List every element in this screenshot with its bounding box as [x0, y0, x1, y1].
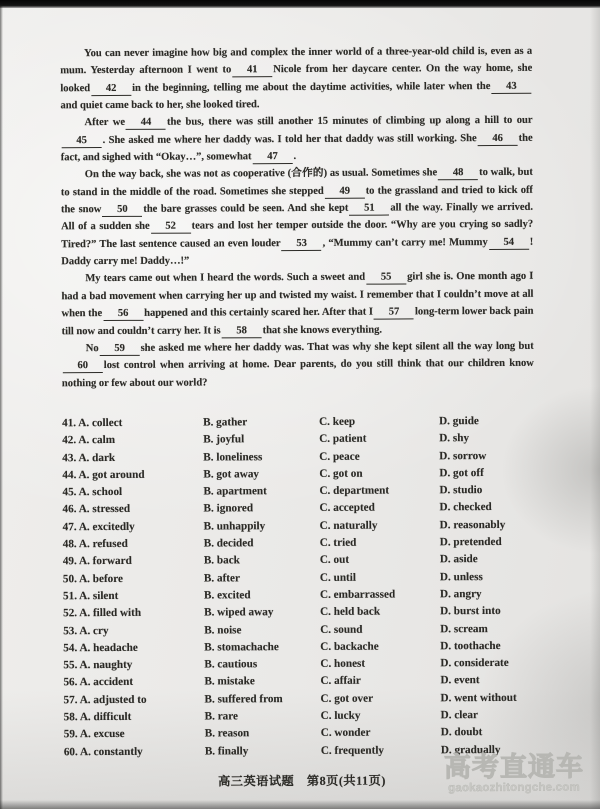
passage-paragraph: You can never imagine how big and comple… — [60, 43, 532, 115]
option-44-a: 44. A. got around — [62, 466, 203, 484]
option-57-b: B. suffered from — [205, 691, 321, 709]
blank-46: 46 — [478, 133, 518, 146]
option-46-a: 46. A. stressed — [63, 501, 204, 519]
option-58-a: 58. A. difficult — [64, 709, 205, 727]
option-57-a: 57. A. adjusted to — [64, 691, 205, 709]
option-41-b: B. gather — [203, 414, 319, 432]
blank-54: 54 — [489, 237, 529, 250]
option-55-d: D. considerate — [440, 655, 585, 673]
option-50-b: B. after — [204, 570, 320, 588]
blank-43: 43 — [491, 80, 531, 93]
option-53-b: B. noise — [204, 621, 320, 639]
scanned-exam-page: You can never imagine how big and comple… — [0, 0, 600, 809]
option-43-b: B. loneliness — [203, 448, 319, 466]
option-47-d: D. reasonably — [440, 516, 585, 534]
option-47-b: B. unhappily — [204, 518, 320, 536]
option-60-c: C. frequently — [321, 742, 441, 760]
option-50-a: 50. A. before — [63, 570, 204, 588]
option-42-c: C. patient — [319, 431, 439, 449]
option-55-c: C. honest — [320, 655, 440, 673]
option-43-c: C. peace — [319, 448, 439, 466]
option-52-b: B. wiped away — [204, 604, 320, 622]
blank-58: 58 — [222, 325, 262, 338]
option-49-c: C. out — [320, 552, 440, 570]
option-54-c: C. backache — [320, 638, 440, 656]
option-56-d: D. event — [440, 672, 585, 690]
option-46-d: D. checked — [440, 499, 585, 517]
option-47-a: 47. A. excitedly — [63, 518, 204, 536]
option-51-c: C. embarrassed — [320, 586, 440, 604]
option-44-c: C. got on — [319, 465, 439, 483]
option-54-d: D. toothache — [440, 637, 585, 655]
blank-52: 52 — [151, 221, 191, 234]
blank-49: 49 — [325, 185, 365, 198]
option-56-c: C. affair — [320, 673, 440, 691]
option-45-b: B. apartment — [203, 483, 319, 501]
option-41-a: 41. A. collect — [62, 415, 203, 433]
page-content: You can never imagine how big and comple… — [0, 0, 600, 809]
blank-45: 45 — [62, 135, 102, 148]
option-41-d: D. guide — [439, 413, 584, 431]
option-53-a: 53. A. cry — [63, 622, 204, 640]
option-45-a: 45. A. school — [62, 484, 203, 502]
watermark-brand-text: 高考直通车 — [434, 751, 594, 782]
option-52-c: C. held back — [320, 604, 440, 622]
option-49-b: B. back — [204, 552, 320, 570]
blank-57: 57 — [374, 307, 414, 320]
option-60-a: 60. A. constantly — [64, 743, 205, 761]
option-48-b: B. decided — [204, 535, 320, 553]
option-52-d: D. burst into — [440, 603, 585, 621]
option-47-c: C. naturally — [320, 517, 440, 535]
option-59-c: C. wonder — [321, 725, 441, 743]
option-58-b: B. rare — [205, 708, 321, 726]
passage-paragraph: On the way back, she was not as cooperat… — [61, 164, 534, 271]
blank-59: 59 — [100, 343, 140, 356]
option-58-c: C. lucky — [321, 707, 441, 725]
blank-60: 60 — [63, 360, 103, 373]
option-58-d: D. clear — [441, 707, 586, 725]
passage-paragraph: After we44the bus, there was still anoth… — [60, 112, 532, 167]
option-41-c: C. keep — [319, 413, 439, 431]
option-55-b: B. cautious — [204, 656, 320, 674]
option-50-d: D. unless — [440, 568, 585, 586]
option-57-c: C. got over — [320, 690, 440, 708]
option-55-a: 55. A. naughty — [63, 657, 204, 675]
watermark: 高考直通车 gaokaozhitongche.com — [434, 751, 594, 795]
blank-42: 42 — [91, 83, 131, 96]
option-54-a: 54. A. headache — [63, 639, 204, 657]
passage-paragraph: No59she asked me where her daddy was. Th… — [62, 338, 534, 393]
watermark-domain-text: gaokaozhitongche.com — [434, 781, 594, 795]
option-59-a: 59. A. excuse — [64, 726, 205, 744]
option-52-a: 52. A. filled with — [63, 605, 204, 623]
option-51-b: B. excited — [204, 587, 320, 605]
option-50-c: C. until — [320, 569, 440, 587]
blank-55: 55 — [366, 272, 406, 285]
option-42-a: 42. A. calm — [62, 432, 203, 450]
blank-41: 41 — [232, 64, 272, 77]
option-44-b: B. got away — [203, 466, 319, 484]
options-table: 41. A. collectB. gatherC. keepD. guide42… — [62, 413, 586, 762]
option-48-d: D. pretended — [440, 534, 585, 552]
option-59-b: B. reason — [205, 725, 321, 743]
option-60-b: B. finally — [205, 743, 321, 761]
option-42-d: D. shy — [439, 430, 584, 448]
option-46-c: C. accepted — [320, 500, 440, 518]
option-54-b: B. stomachache — [204, 639, 320, 657]
passage: You can never imagine how big and comple… — [60, 43, 534, 415]
blank-50: 50 — [102, 204, 142, 217]
option-48-c: C. tried — [320, 534, 440, 552]
option-57-d: D. went without — [440, 689, 585, 707]
option-53-d: D. scream — [440, 620, 585, 638]
option-49-a: 49. A. forward — [63, 553, 204, 571]
option-45-c: C. department — [319, 482, 439, 500]
option-56-a: 56. A. accident — [63, 674, 204, 692]
blank-53: 53 — [282, 238, 322, 251]
option-56-b: B. mistake — [204, 673, 320, 691]
option-43-a: 43. A. dark — [62, 449, 203, 467]
blank-47: 47 — [252, 151, 292, 164]
option-44-d: D. got off — [439, 464, 584, 482]
passage-paragraph: My tears came out when I heard the words… — [61, 268, 533, 340]
option-48-a: 48. A. refused — [63, 536, 204, 554]
option-42-b: B. joyful — [203, 431, 319, 449]
option-51-d: D. angry — [440, 585, 585, 603]
blank-51: 51 — [349, 203, 389, 216]
option-53-c: C. sound — [320, 621, 440, 639]
option-46-b: B. ignored — [204, 500, 320, 518]
option-43-d: D. sorrow — [439, 447, 584, 465]
blank-48: 48 — [438, 167, 478, 180]
option-45-d: D. studio — [439, 482, 584, 500]
blank-56: 56 — [103, 308, 143, 321]
option-49-d: D. aside — [440, 551, 585, 569]
option-59-d: D. doubt — [441, 724, 586, 742]
option-51-a: 51. A. silent — [63, 587, 204, 605]
blank-44: 44 — [126, 117, 166, 130]
